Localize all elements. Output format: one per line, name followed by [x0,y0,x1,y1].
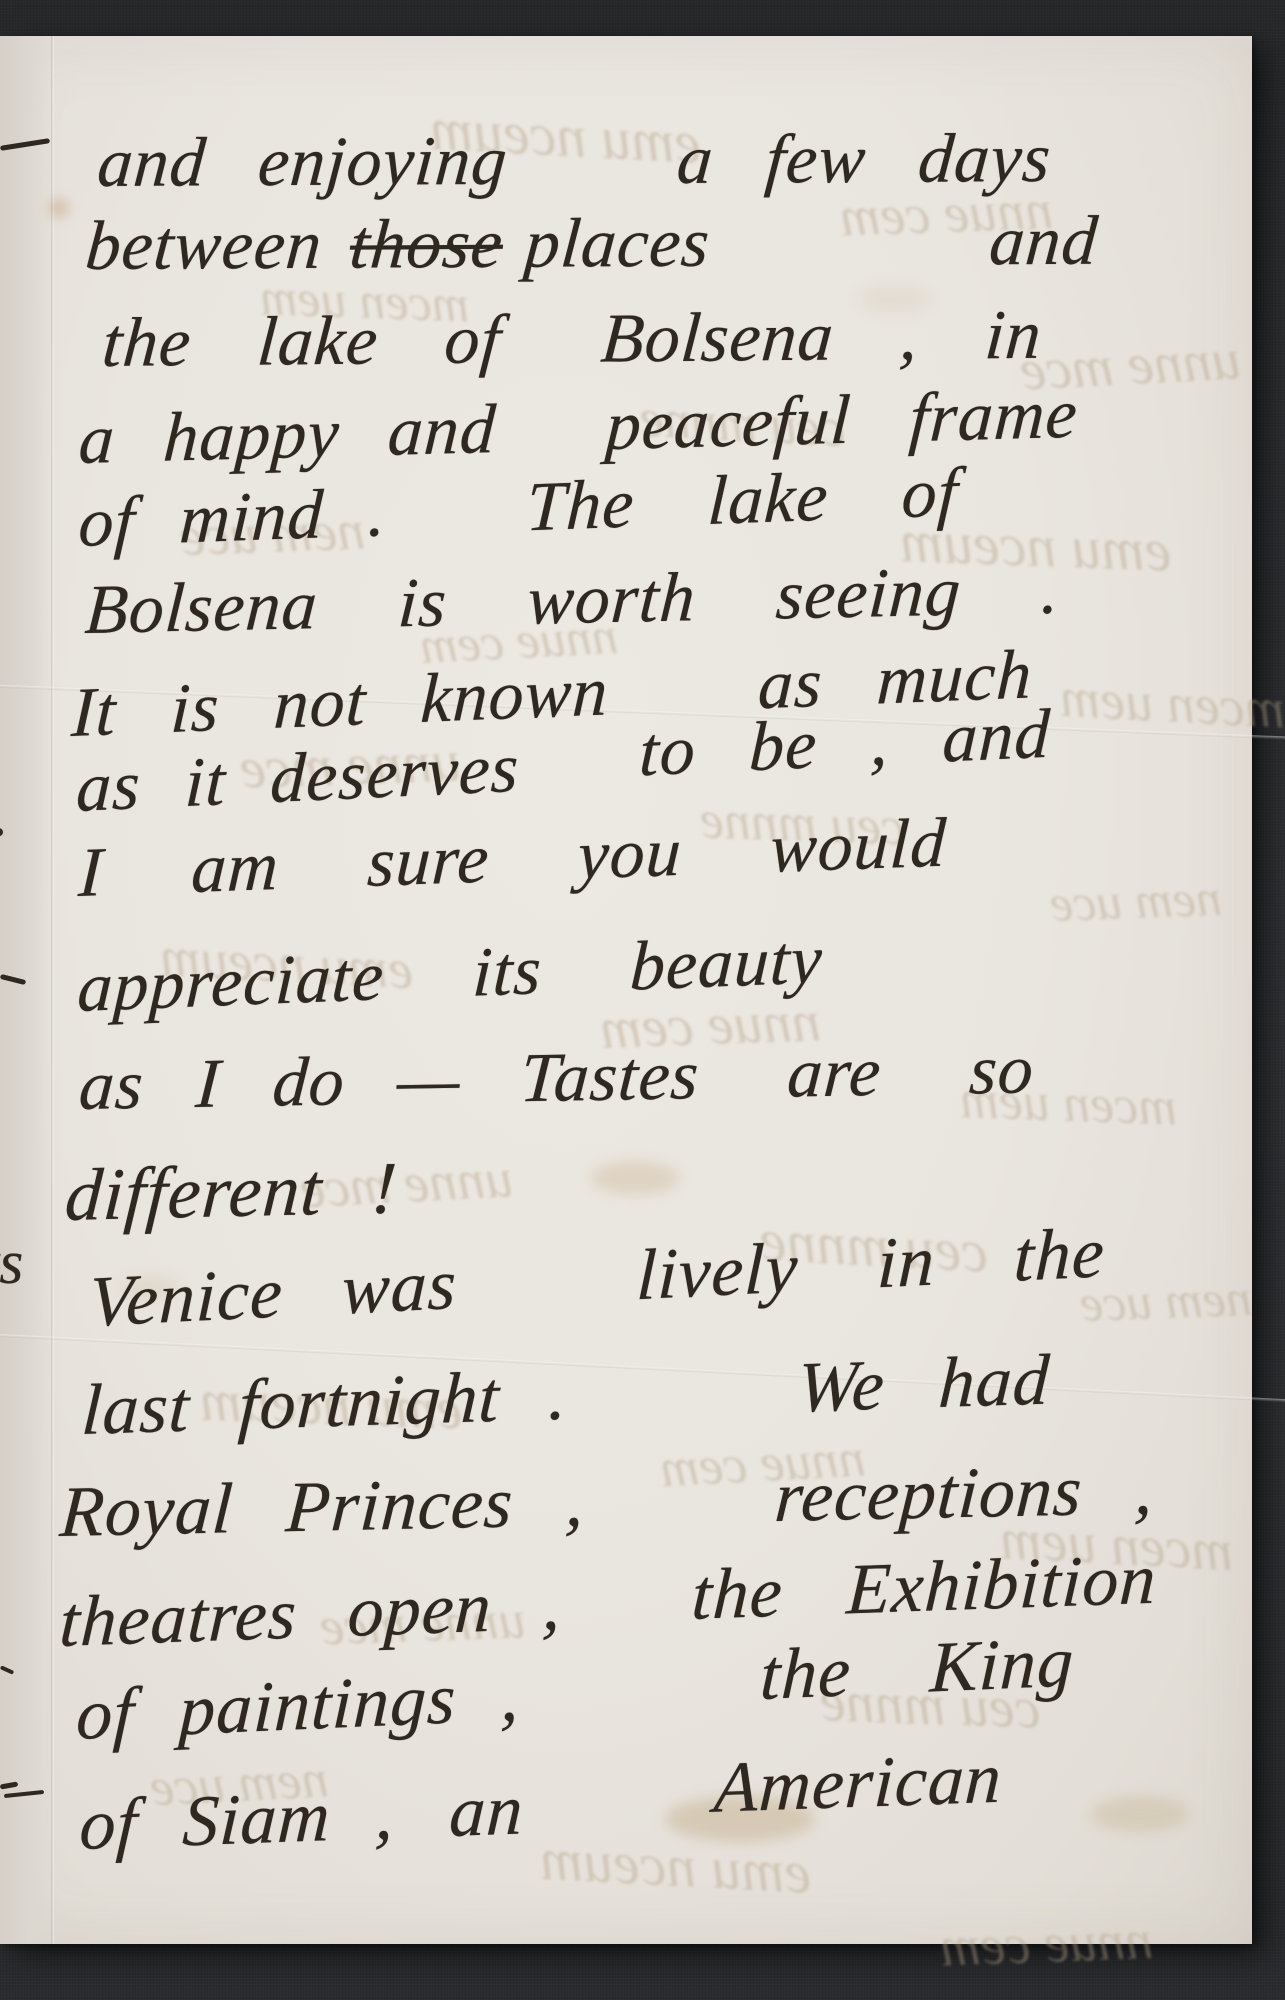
adjacent-page-edge [0,36,52,1944]
handwriting-segment: places [522,209,713,280]
handwriting-segment: of Siam , [78,1778,397,1861]
handwriting-segment: and enjoying [95,127,510,199]
handwriting-line: Venice waslively in the [88,1216,1106,1338]
handwriting-segment: The lake of [525,458,960,543]
adjacent-page-text-fragment: ts [0,1232,23,1294]
handwriting-segment: last fortnight . [80,1359,570,1446]
handwriting-segment: theatres open , [58,1568,564,1658]
handwriting-segment: to be , and [638,700,1052,789]
handwriting-line: I am sure you would [77,809,948,909]
handwriting-segment: a few days [675,124,1054,196]
handwriting-line: betweenthoseplacesand [83,207,1101,282]
handwriting-segment: Bolsena , in [599,301,1045,375]
handwriting-segment: of paintings , [75,1659,522,1751]
handwriting-segment: and [987,207,1101,278]
handwriting-segment: Venice was [88,1248,458,1338]
handwriting-segment: I am sure you would [77,809,948,909]
handwriting-segment: receptions , [773,1453,1157,1533]
letter-page: emu nceumnnue cemmcen uemunne mceceu mnn… [0,36,1252,1944]
photo-mount: emu nceumnnue cemmcen uemunne mceceu mnn… [0,0,1285,2000]
ink-bleedthrough-mark: nem uce [1079,1273,1253,1331]
handwriting-segment: peaceful frame [604,380,1080,462]
paper-stain [590,1161,680,1195]
handwriting-segment: as I do — [77,1045,463,1122]
ink-bleedthrough-mark: nnue cem [939,1912,1154,1975]
handwriting-segment: a happy and [77,395,498,476]
handwriting-segment: different ! [63,1151,400,1233]
handwriting-line: different ! [63,1151,400,1233]
handwriting-segment: an [448,1773,526,1848]
handwriting-line: Royal Princes ,receptions , [58,1453,1157,1548]
handwriting-segment: We had [796,1343,1052,1423]
handwriting-segment: lively in the [635,1216,1106,1311]
handwriting-segment: between [83,211,325,282]
ink-bleedthrough-mark: nem uce [1049,873,1223,931]
fold-crease-vertical [51,36,54,1944]
paper-stain [52,201,66,215]
handwriting-segment: the King [759,1625,1076,1711]
handwriting-line: Bolsena is worth seeing . [83,555,1062,646]
paper-stain [1090,1796,1190,1832]
handwriting-segment: the Exhibition [690,1543,1158,1631]
handwriting-segment: American [712,1742,1004,1824]
handwriting-segment: those [347,210,506,281]
handwriting-line: the lake ofBolsena , in [100,301,1045,379]
handwriting-segment: Tastes are so [518,1035,1036,1114]
adjacent-page-text-fragment: t. [0,781,9,847]
handwriting-segment: Royal Princes , [58,1465,588,1548]
handwriting-line: and enjoyinga few days [95,124,1054,199]
handwriting-segment: as it deserves [75,734,521,824]
ink-bleedthrough-mark: mcen uem [1059,670,1285,738]
handwriting-line: last fortnight .We had [80,1343,1052,1446]
handwriting-line: as I do —Tastes are so [77,1035,1037,1122]
handwriting-segment: Bolsena is worth seeing . [83,555,1062,646]
handwriting-segment: of mind . [77,478,388,559]
handwriting-segment: the lake of [100,305,504,379]
